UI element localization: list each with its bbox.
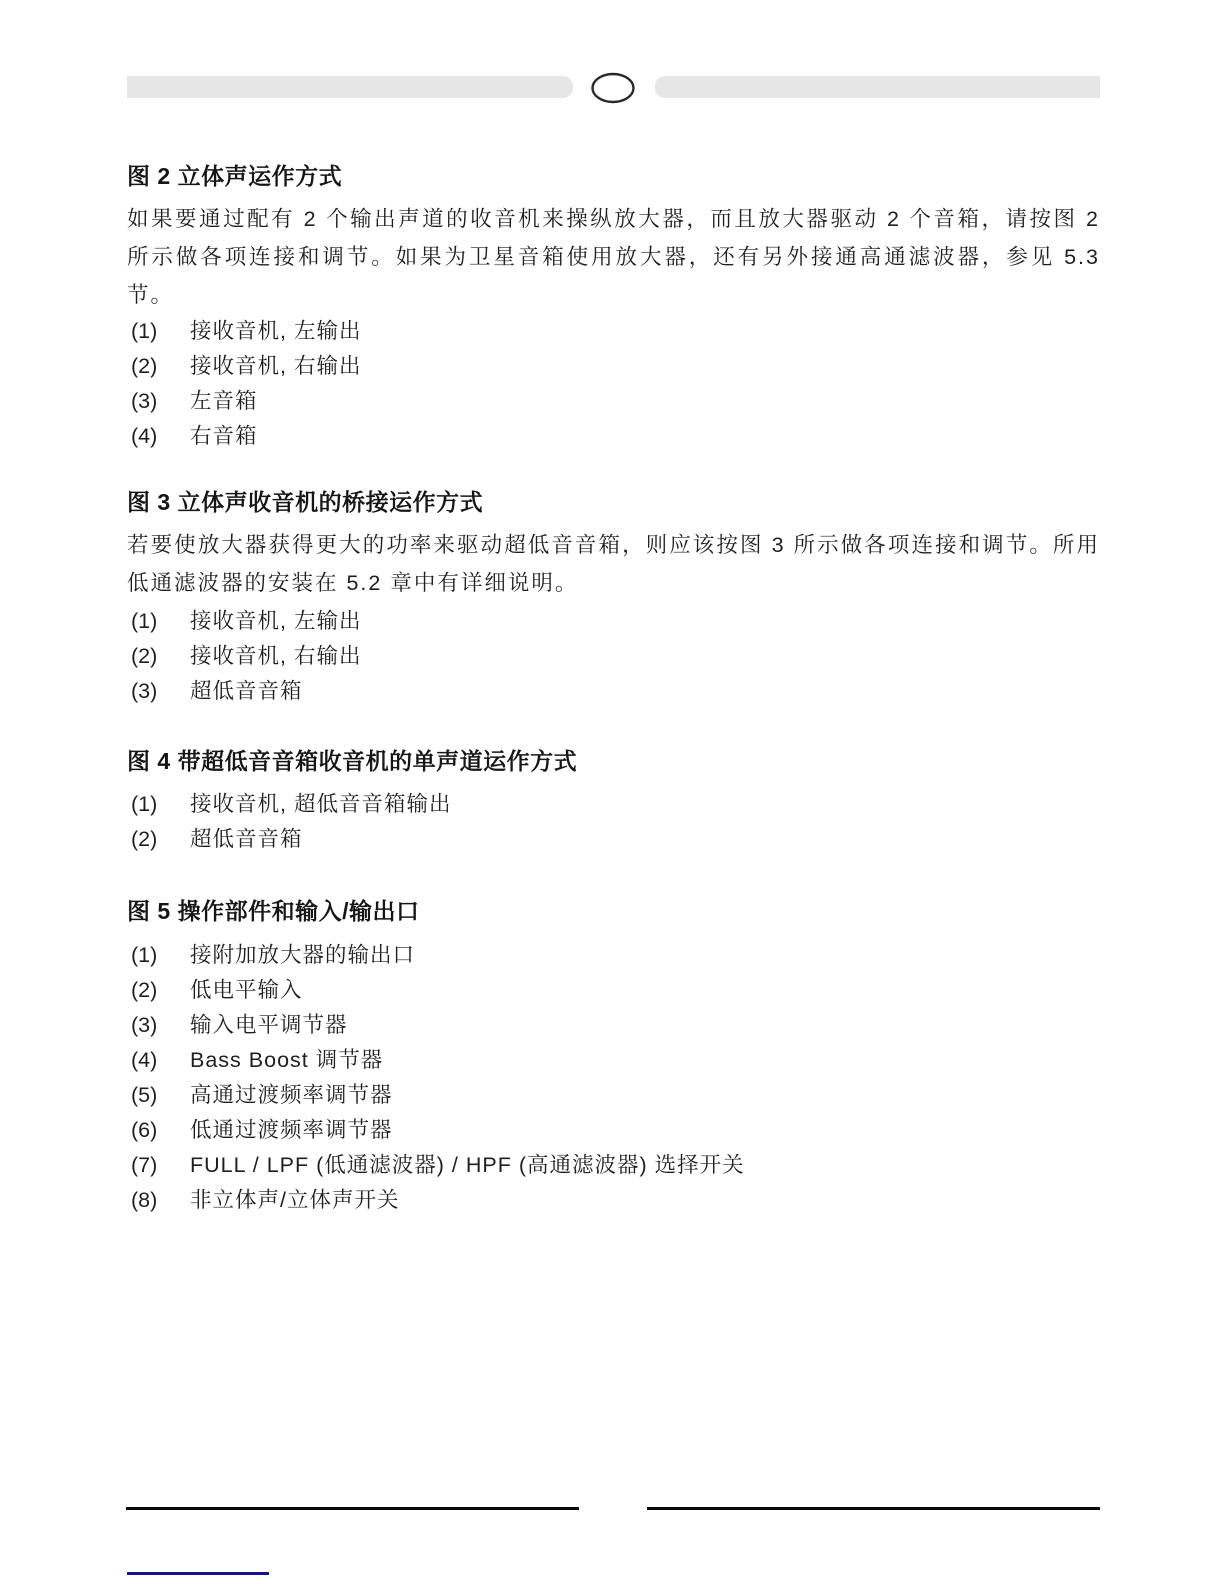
item-number: (3)	[127, 384, 190, 419]
item-text: 接附加放大器的输出口	[190, 938, 1100, 973]
item-text: 接收音机, 右输出	[190, 639, 1100, 674]
numbered-list-fig5: (1) 接附加放大器的输出口 (2) 低电平输入 (3) 输入电平调节器 (4)…	[127, 938, 1100, 1218]
item-number: (6)	[127, 1113, 190, 1148]
item-number: (2)	[127, 639, 190, 674]
list-item: (2) 超低音音箱	[127, 822, 1100, 857]
item-text: 高通过渡频率调节器	[190, 1078, 1100, 1113]
item-number: (2)	[127, 973, 190, 1008]
item-text: 超低音音箱	[190, 822, 1100, 857]
numbered-list-fig2: (1) 接收音机, 左输出 (2) 接收音机, 右输出 (3) 左音箱 (4) …	[127, 314, 1100, 454]
list-item: (1) 接附加放大器的输出口	[127, 938, 1100, 973]
item-text: FULL / LPF (低通滤波器) / HPF (高通滤波器) 选择开关	[190, 1148, 1100, 1183]
item-text: 超低音音箱	[190, 674, 1100, 709]
section-heading-fig5: 图 5 操作部件和输入/输出口	[127, 897, 1100, 925]
item-number: (1)	[127, 787, 190, 822]
section-heading-fig4: 图 4 带超低音音箱收音机的单声道运作方式	[127, 747, 1100, 775]
item-text: 低通过渡频率调节器	[190, 1113, 1100, 1148]
item-number: (5)	[127, 1078, 190, 1113]
item-text: 非立体声/立体声开关	[190, 1183, 1100, 1218]
item-number: (1)	[127, 604, 190, 639]
footer-rule-right	[647, 1507, 1100, 1510]
item-number: (3)	[127, 1008, 190, 1043]
item-number: (1)	[127, 938, 190, 973]
item-text: 左音箱	[190, 384, 1100, 419]
item-text: 接收音机, 左输出	[190, 314, 1100, 349]
document-body: 图 2 立体声运作方式 如果要通过配有 2 个输出声道的收音机来操纵放大器，而且…	[127, 0, 1100, 1218]
list-item: (1) 接收音机, 左输出	[127, 314, 1100, 349]
item-text: 低电平输入	[190, 973, 1100, 1008]
list-item: (2) 接收音机, 右输出	[127, 639, 1100, 674]
numbered-list-fig4: (1) 接收音机, 超低音音箱输出 (2) 超低音音箱	[127, 787, 1100, 857]
list-item: (3) 左音箱	[127, 384, 1100, 419]
numbered-list-fig3: (1) 接收音机, 左输出 (2) 接收音机, 右输出 (3) 超低音音箱	[127, 604, 1100, 709]
item-text: 接收音机, 右输出	[190, 349, 1100, 384]
list-item: (3) 超低音音箱	[127, 674, 1100, 709]
footer-rule-left	[126, 1507, 579, 1510]
item-number: (4)	[127, 419, 190, 454]
section-paragraph-fig3: 若要使放大器获得更大的功率来驱动超低音音箱，则应该按图 3 所示做各项连接和调节…	[127, 526, 1100, 602]
list-item: (6) 低通过渡频率调节器	[127, 1113, 1100, 1148]
item-number: (7)	[127, 1148, 190, 1183]
list-item: (3) 输入电平调节器	[127, 1008, 1100, 1043]
item-text: 接收音机, 超低音音箱输出	[190, 787, 1100, 822]
section-paragraph-fig2: 如果要通过配有 2 个输出声道的收音机来操纵放大器，而且放大器驱动 2 个音箱，…	[127, 200, 1100, 314]
item-number: (1)	[127, 314, 190, 349]
item-text: 接收音机, 左输出	[190, 604, 1100, 639]
list-item: (4) Bass Boost 调节器	[127, 1043, 1100, 1078]
item-number: (2)	[127, 822, 190, 857]
item-number: (2)	[127, 349, 190, 384]
list-item: (1) 接收音机, 超低音音箱输出	[127, 787, 1100, 822]
list-item: (5) 高通过渡频率调节器	[127, 1078, 1100, 1113]
section-heading-fig2: 图 2 立体声运作方式	[127, 162, 1100, 190]
list-item: (8) 非立体声/立体声开关	[127, 1183, 1100, 1218]
item-number: (4)	[127, 1043, 190, 1078]
item-number: (3)	[127, 674, 190, 709]
list-item: (7) FULL / LPF (低通滤波器) / HPF (高通滤波器) 选择开…	[127, 1148, 1100, 1183]
list-item: (2) 接收音机, 右输出	[127, 349, 1100, 384]
item-text: 右音箱	[190, 419, 1100, 454]
item-number: (8)	[127, 1183, 190, 1218]
section-heading-fig3: 图 3 立体声收音机的桥接运作方式	[127, 488, 1100, 516]
list-item: (4) 右音箱	[127, 419, 1100, 454]
list-item: (2) 低电平输入	[127, 973, 1100, 1008]
footnote-blue-rule	[127, 1572, 269, 1575]
item-text: 输入电平调节器	[190, 1008, 1100, 1043]
item-text: Bass Boost 调节器	[190, 1043, 1100, 1078]
list-item: (1) 接收音机, 左输出	[127, 604, 1100, 639]
